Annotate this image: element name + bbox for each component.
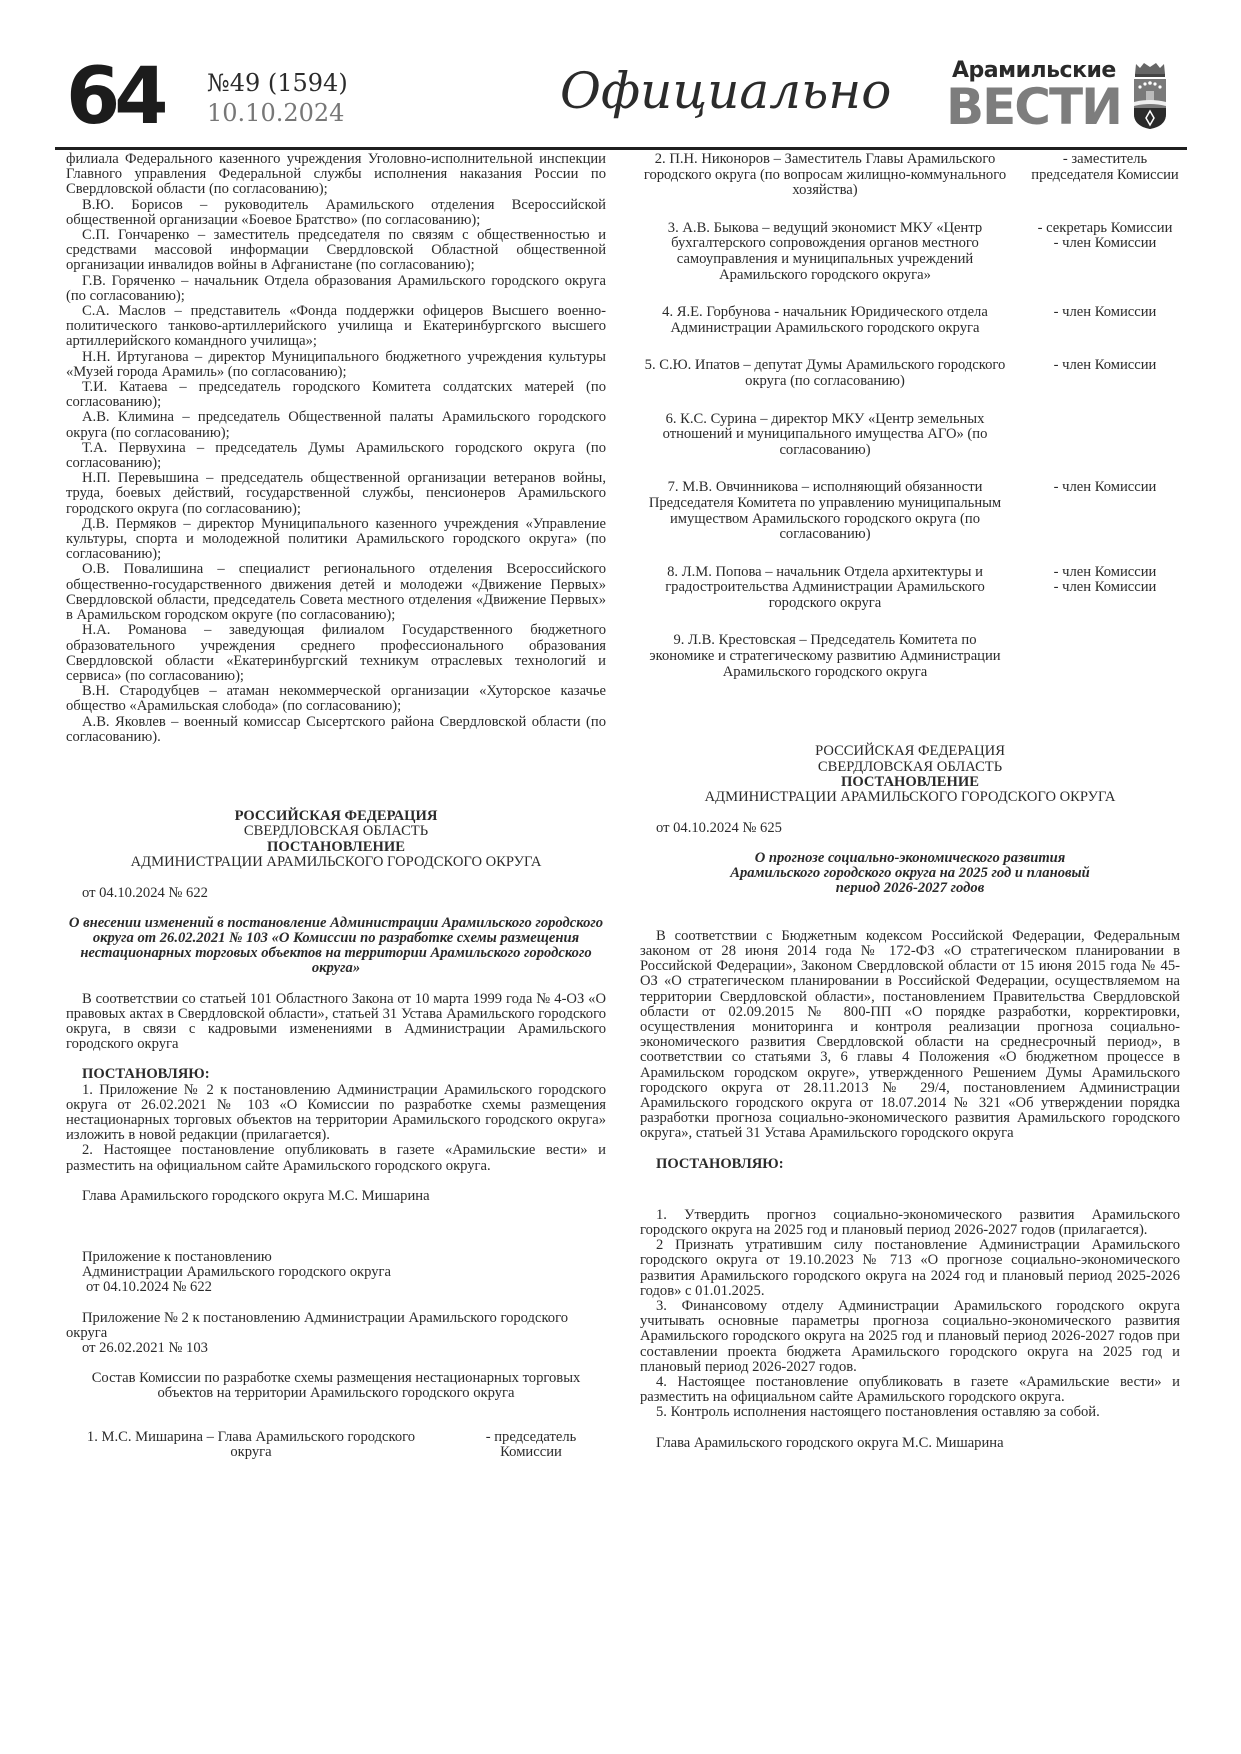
section-title: Официально bbox=[560, 66, 891, 116]
decree-item: 1. Приложение № 2 к постановлению Админи… bbox=[66, 1083, 606, 1144]
member-row: 6. К.С. Сурина – директор МКУ «Центр зем… bbox=[640, 412, 1180, 459]
member-role: - председатель Комиссии bbox=[456, 1430, 606, 1461]
member-name: 9. Л.В. Крестовская – Председатель Комит… bbox=[640, 633, 1010, 680]
member-name: 5. С.Ю. Ипатов – депутат Думы Арамильско… bbox=[640, 358, 1010, 389]
list-item: А.В. Яковлев – военный комиссар Сысертск… bbox=[66, 715, 606, 745]
appendix2-line: от 26.02.2021 № 103 bbox=[66, 1341, 606, 1356]
member-role: - член Комиссии - член Комиссии bbox=[1030, 565, 1180, 596]
list-item: Д.В. Пермяков – директор Муниципального … bbox=[66, 517, 606, 563]
heading-doc-type: ПОСТАНОВЛЕНИЕ bbox=[66, 840, 606, 855]
decree-title: О внесении изменений в постановление Адм… bbox=[66, 916, 606, 977]
decree-item: 2. Настоящее постановление опубликовать … bbox=[66, 1143, 606, 1173]
heading-region: СВЕРДЛОВСКАЯ ОБЛАСТЬ bbox=[66, 824, 606, 839]
member-name: 4. Я.Е. Горбунова - начальник Юридическо… bbox=[640, 305, 1010, 336]
list-item: А.В. Климина – председатель Общественной… bbox=[66, 410, 606, 440]
list-item: В.Н. Стародубцев – атаман некоммерческой… bbox=[66, 684, 606, 714]
member-name: 1. М.С. Мишарина – Глава Арамильского го… bbox=[66, 1430, 436, 1461]
decree-date-number: от 04.10.2024 № 622 bbox=[66, 886, 606, 901]
list-item: С.П. Гончаренко – заместитель председате… bbox=[66, 228, 606, 274]
decree-item: 2 Признать утратившим силу постановление… bbox=[640, 1238, 1180, 1299]
signature: Глава Арамильского городского округа М.С… bbox=[66, 1189, 606, 1204]
member-row: 9. Л.В. Крестовская – Председатель Комит… bbox=[640, 633, 1180, 680]
page-number: 64 bbox=[66, 58, 163, 136]
header-rule bbox=[55, 147, 1187, 150]
list-item: Т.И. Катаева – председатель городского К… bbox=[66, 380, 606, 410]
resolve-label: ПОСТАНОВЛЯЮ: bbox=[66, 1067, 606, 1082]
decree-625-heading: РОССИЙСКАЯ ФЕДЕРАЦИЯ СВЕРДЛОВСКАЯ ОБЛАСТ… bbox=[640, 744, 1180, 806]
right-column: 2. П.Н. Никоноров – Заместитель Главы Ар… bbox=[640, 152, 1180, 1451]
heading-doc-type: ПОСТАНОВЛЕНИЕ bbox=[640, 775, 1180, 790]
decree-item: 3. Финансовому отделу Администрации Арам… bbox=[640, 1299, 1180, 1375]
decree-item: 5. Контроль исполнения настоящего постан… bbox=[640, 1405, 1180, 1420]
list-item: Г.В. Горяченко – начальник Отдела образо… bbox=[66, 274, 606, 304]
member-name: 3. А.В. Быкова – ведущий экономист МКУ «… bbox=[640, 221, 1010, 283]
member-role: - заместитель председателя Комиссии bbox=[1030, 152, 1180, 183]
member-role: - член Комиссии bbox=[1030, 358, 1180, 374]
decree-date-number: от 04.10.2024 № 625 bbox=[640, 821, 1180, 836]
signature: Глава Арамильского городского округа М.С… bbox=[640, 1436, 1180, 1451]
member-role: - член Комиссии bbox=[1030, 480, 1180, 496]
list-item: Н.А. Романова – заведующая филиалом Госу… bbox=[66, 623, 606, 684]
decree-preamble: В соответствии со статьей 101 Областного… bbox=[66, 992, 606, 1053]
heading-region: СВЕРДЛОВСКАЯ ОБЛАСТЬ bbox=[640, 760, 1180, 775]
list-item: Т.А. Первухина – председатель Думы Арами… bbox=[66, 441, 606, 471]
resolve-label: ПОСТАНОВЛЯЮ: bbox=[640, 1157, 1180, 1172]
committee-list-continuation: филиала Федерального казенного учреждени… bbox=[66, 152, 606, 745]
brand-name-main: ВЕСТИ bbox=[946, 82, 1121, 132]
member-row: 2. П.Н. Никоноров – Заместитель Главы Ар… bbox=[640, 152, 1180, 199]
left-column: филиала Федерального казенного учреждени… bbox=[66, 152, 606, 1461]
heading-country: РОССИЙСКАЯ ФЕДЕРАЦИЯ bbox=[640, 744, 1180, 759]
decree-preamble: В соответствии с Бюджетным кодексом Росс… bbox=[640, 929, 1180, 1142]
appendix-line: Приложение к постановлению bbox=[66, 1250, 606, 1265]
composition-title: Состав Комиссии по разработке схемы разм… bbox=[66, 1371, 606, 1401]
member-role: - член Комиссии bbox=[1030, 305, 1180, 321]
list-item: С.А. Маслов – представитель «Фонда подде… bbox=[66, 304, 606, 350]
member-list: 2. П.Н. Никоноров – Заместитель Главы Ар… bbox=[640, 152, 1180, 680]
list-item: филиала Федерального казенного учреждени… bbox=[66, 152, 606, 198]
decree-622-heading: РОССИЙСКАЯ ФЕДЕРАЦИЯ СВЕРДЛОВСКАЯ ОБЛАСТ… bbox=[66, 809, 606, 871]
decree-item: 4. Настоящее постановление опубликовать … bbox=[640, 1375, 1180, 1405]
heading-authority: АДМИНИСТРАЦИИ АРАМИЛЬСКОГО ГОРОДСКОГО ОК… bbox=[66, 855, 606, 870]
member-row: 5. С.Ю. Ипатов – депутат Думы Арамильско… bbox=[640, 358, 1180, 389]
member-row: 1. М.С. Мишарина – Глава Арамильского го… bbox=[66, 1430, 606, 1461]
list-item: В.Ю. Борисов – руководитель Арамильского… bbox=[66, 198, 606, 228]
heading-authority: АДМИНИСТРАЦИИ АРАМИЛЬСКОГО ГОРОДСКОГО ОК… bbox=[640, 790, 1180, 805]
issue-number: №49 (1594) bbox=[207, 70, 348, 96]
city-coat-of-arms-icon bbox=[1130, 62, 1170, 130]
member-name: 6. К.С. Сурина – директор МКУ «Центр зем… bbox=[640, 412, 1010, 459]
page-header: 64 №49 (1594) 10.10.2024 Официально Арам… bbox=[0, 0, 1241, 150]
member-row: 8. Л.М. Попова – начальник Отдела архите… bbox=[640, 565, 1180, 612]
appendix2-line: Приложение № 2 к постановлению Администр… bbox=[66, 1311, 606, 1341]
member-role: - секретарь Комиссии - член Комиссии bbox=[1030, 221, 1180, 252]
member-row: 3. А.В. Быкова – ведущий экономист МКУ «… bbox=[640, 221, 1180, 283]
list-item: Н.П. Перевышина – председатель обществен… bbox=[66, 471, 606, 517]
member-name: 7. М.В. Овчинникова – исполняющий обязан… bbox=[640, 480, 1010, 542]
member-row: 4. Я.Е. Горбунова - начальник Юридическо… bbox=[640, 305, 1180, 336]
member-name: 8. Л.М. Попова – начальник Отдела архите… bbox=[640, 565, 1010, 612]
list-item: О.В. Повалишина – специалист регионально… bbox=[66, 562, 606, 623]
appendix-line: от 04.10.2024 № 622 bbox=[66, 1280, 606, 1295]
issue-date: 10.10.2024 bbox=[207, 100, 344, 126]
appendix-line: Администрации Арамильского городского ок… bbox=[66, 1265, 606, 1280]
heading-country: РОССИЙСКАЯ ФЕДЕРАЦИЯ bbox=[66, 809, 606, 824]
list-item: Н.Н. Иртуганова – директор Муниципальног… bbox=[66, 350, 606, 380]
member-name: 2. П.Н. Никоноров – Заместитель Главы Ар… bbox=[640, 152, 1010, 199]
member-row: 7. М.В. Овчинникова – исполняющий обязан… bbox=[640, 480, 1180, 542]
decree-item: 1. Утвердить прогноз социально-экономиче… bbox=[640, 1208, 1180, 1238]
decree-title: О прогнозе социально-экономического разв… bbox=[640, 851, 1180, 897]
